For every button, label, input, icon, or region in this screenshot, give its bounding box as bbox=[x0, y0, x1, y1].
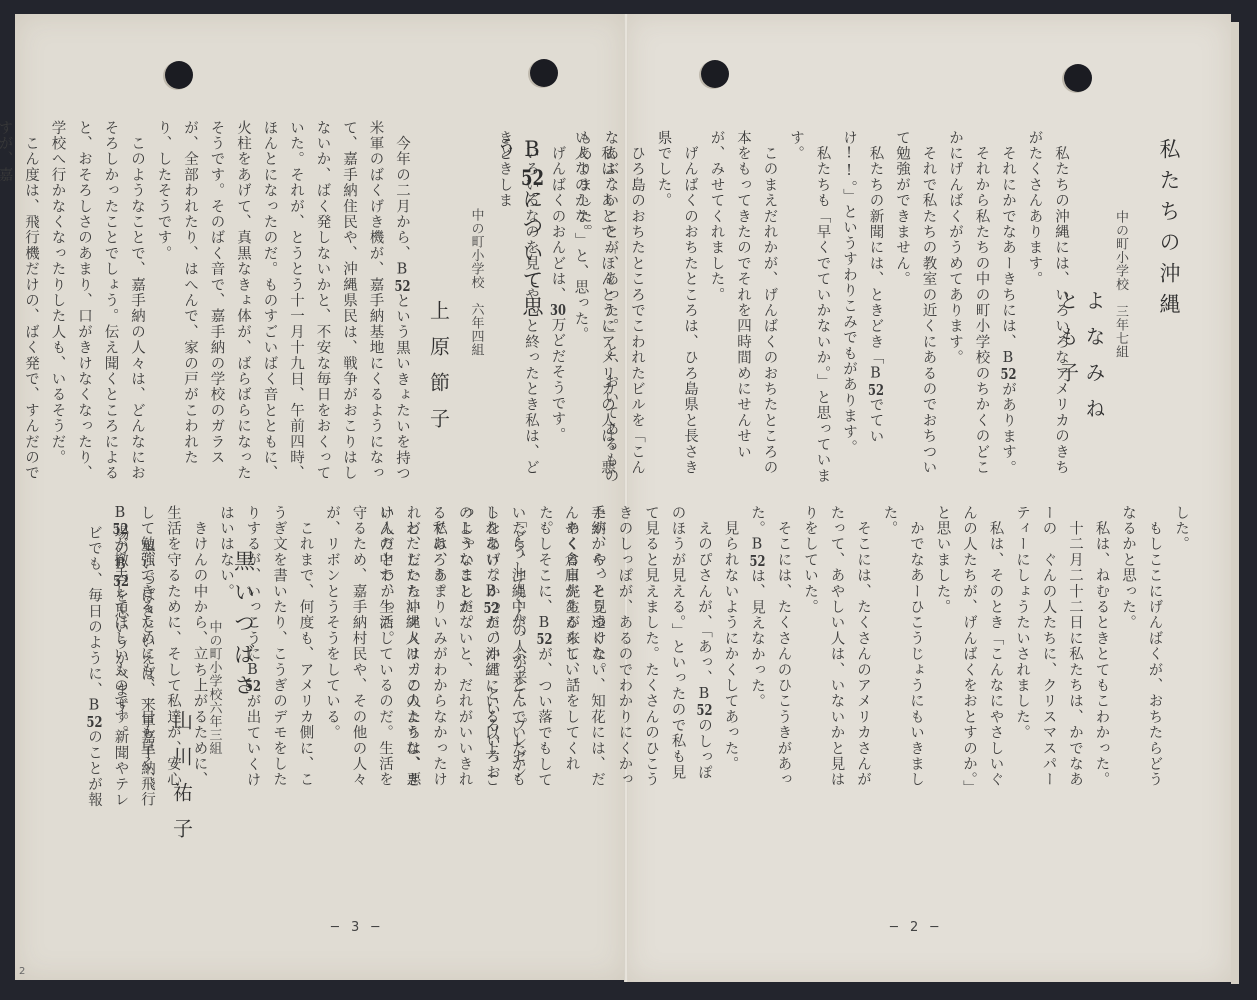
article-body: 黒いつばさといえば、米軍嘉手納飛行場のB52を思いうかべます。新聞やテレビでも、… bbox=[100, 525, 160, 815]
page-number: ─ 2 ─ bbox=[890, 920, 942, 935]
pencil-mark: 2 bbox=[19, 966, 25, 977]
article-body-upper: 私たちの沖縄には、いろいろなアメリカのきちがたくさんあります。 それにかでなあー… bbox=[654, 130, 1074, 485]
article-school: 中の町小学校 三年七組 bbox=[1107, 210, 1134, 360]
page-edge bbox=[1231, 22, 1239, 984]
continuation-text: 私は、あとで「ほんとうにアメリカの人は、悪い人なのかな。」と、思った。 bbox=[565, 130, 620, 485]
article-school: 中の町小学校六年三組 bbox=[200, 620, 227, 770]
punch-hole bbox=[701, 60, 729, 88]
punch-hole bbox=[165, 61, 193, 89]
article-title: 私たちの沖縄 bbox=[1156, 138, 1183, 338]
punch-hole bbox=[530, 59, 558, 87]
article-author: 山川祐子 bbox=[168, 710, 195, 910]
punch-hole bbox=[1064, 64, 1092, 92]
article-body-lower: 手納から、そう遠くない、知花には、だんやく倉庫があるらしい。 もしそこに、B52… bbox=[290, 505, 610, 795]
article-title: 黒いつばさ bbox=[230, 550, 257, 750]
article-author: 上原節子 bbox=[425, 300, 452, 500]
article-title: B52について思う bbox=[492, 137, 545, 337]
article-body-lower: した。 もしここにげんばくが、おちたらどうなるかと思った。 私は、ねむるときとて… bbox=[654, 505, 1194, 795]
page-number: ─ 3 ─ bbox=[331, 920, 383, 935]
article-body-upper: 今年の二月から、B52という黒いきょたいを持つ米軍のばくげき機が、嘉手納基地にく… bbox=[110, 120, 415, 490]
article-school: 中の町小学校 六年四組 bbox=[462, 208, 489, 358]
